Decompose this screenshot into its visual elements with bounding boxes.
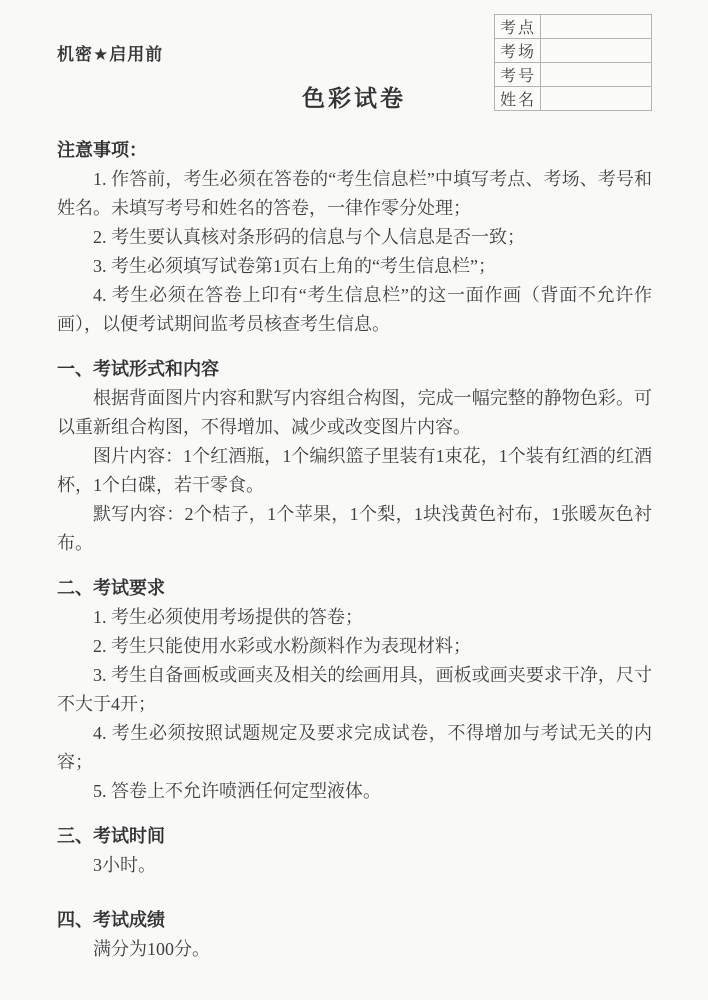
exam-paper: 机密★启用前 考点 考场 考号 姓名 色彩试卷 注意事项： 1	[0, 0, 708, 1000]
section-paragraph: 图片内容：1个红酒瓶，1个编织篮子里装有1束花，1个装有红酒的红酒杯，1个白碟，…	[57, 442, 652, 500]
notice-block: 注意事项： 1. 作答前，考生必须在答卷的“考生信息栏”中填写考点、考场、考号和…	[57, 136, 652, 339]
section-heading: 三、考试时间	[57, 822, 652, 851]
notice-heading: 注意事项：	[57, 136, 652, 165]
section-paragraph: 3. 考生自备画板或画夹及相关的绘画用具，画板或画夹要求干净，尺寸不大于4开；	[57, 661, 652, 719]
notice-item: 2. 考生要认真核对条形码的信息与个人信息是否一致；	[57, 223, 652, 252]
section-exam-form-and-content: 一、考试形式和内容 根据背面图片内容和默写内容组合构图，完成一幅完整的静物色彩。…	[57, 355, 652, 558]
exam-body: 注意事项： 1. 作答前，考生必须在答卷的“考生信息栏”中填写考点、考场、考号和…	[57, 136, 652, 964]
section-heading: 二、考试要求	[57, 574, 652, 603]
notice-item: 1. 作答前，考生必须在答卷的“考生信息栏”中填写考点、考场、考号和姓名。未填写…	[57, 165, 652, 223]
info-table-label-exam-site: 考点	[495, 15, 541, 39]
section-paragraph: 5. 答卷上不允许喷洒任何定型液体。	[57, 777, 652, 806]
section-paragraph: 1. 考生必须使用考场提供的答卷；	[57, 603, 652, 632]
info-table-value-exam-room	[541, 39, 652, 63]
info-table-label-exam-room: 考场	[495, 39, 541, 63]
section-exam-requirements: 二、考试要求 1. 考生必须使用考场提供的答卷； 2. 考生只能使用水彩或水粉颜…	[57, 574, 652, 806]
section-exam-score: 四、考试成绩 满分为100分。	[57, 906, 652, 964]
section-paragraph: 3小时。	[57, 851, 652, 880]
section-heading: 一、考试形式和内容	[57, 355, 652, 384]
notice-item: 3. 考生必须填写试卷第1页右上角的“考生信息栏”；	[57, 252, 652, 281]
info-table-value-exam-site	[541, 15, 652, 39]
section-exam-time: 三、考试时间 3小时。	[57, 822, 652, 880]
info-table-row: 考场	[495, 39, 652, 63]
page-title: 色彩试卷	[0, 80, 708, 113]
section-paragraph: 4. 考生必须按照试题规定及要求完成试卷，不得增加与考试无关的内容；	[57, 719, 652, 777]
notice-item: 4. 考生必须在答卷上印有“考生信息栏”的这一面作画（背面不允许作画），以便考试…	[57, 281, 652, 339]
section-paragraph: 默写内容：2个桔子，1个苹果，1个梨，1块浅黄色衬布，1张暖灰色衬布。	[57, 500, 652, 558]
info-table-row: 考点	[495, 15, 652, 39]
section-paragraph: 2. 考生只能使用水彩或水粉颜料作为表现材料；	[57, 632, 652, 661]
confidential-label: 机密★启用前	[57, 40, 163, 65]
section-paragraph: 满分为100分。	[57, 935, 652, 964]
section-heading: 四、考试成绩	[57, 906, 652, 935]
section-paragraph: 根据背面图片内容和默写内容组合构图，完成一幅完整的静物色彩。可以重新组合构图，不…	[57, 384, 652, 442]
